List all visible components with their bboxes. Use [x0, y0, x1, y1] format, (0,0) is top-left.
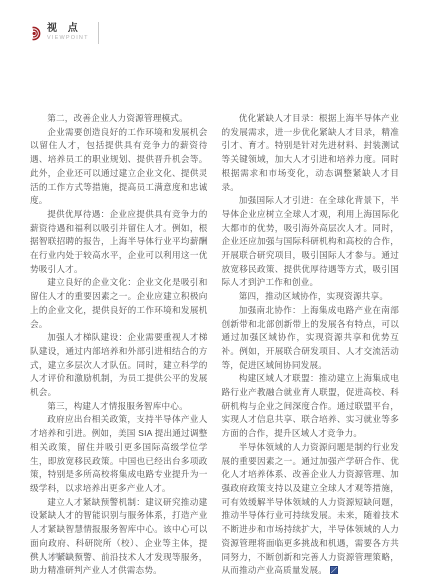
article-end-mark-icon — [330, 566, 338, 574]
paragraph: 建立良好的企业文化：企业文化是吸引和留住人才的重要因素之一。企业应建立积极向上的… — [30, 276, 208, 331]
header-divider — [98, 22, 99, 44]
paragraph: 企业需要创造良好的工作环境和发展机会以留住人才，包括提供具有竞争力的薪资待遇、培… — [30, 126, 208, 208]
paragraph: 构建区域人才联盟：推动建立上海集成电路行业产教融合就业育人联盟，促进高校、科研机… — [222, 372, 400, 441]
page-header: 视 点 VIEWPOINT — [28, 22, 99, 44]
paragraph: 政府应出台相关政策，支持半导体产业人才培养和引进。例如，美国 SIA 提出通过调… — [30, 413, 208, 495]
article-body: 第二，改善企业人力资源管理模式。 企业需要创造良好的工作环境和发展机会以留住人才… — [30, 112, 399, 578]
viewpoint-sound-wave-icon — [28, 26, 42, 41]
right-column: 优化紧缺人才目录：根据上海半导体产业的发展需求，进一步优化紧缺人才目录，精准引才… — [222, 112, 400, 578]
paragraph: 第四，推动区域协作，实现资源共享。 — [222, 290, 400, 304]
journal-name: 上海信息化 — [46, 551, 81, 560]
paragraph: 第二，改善企业人力资源管理模式。 — [30, 112, 208, 126]
brand-name-en: VIEWPOINT — [47, 36, 89, 42]
paragraph: 加强国际人才引进：在全球化背景下，半导体企业应树立全球人才观，利用上海国际化大都… — [222, 194, 400, 290]
brand-text: 视 点 VIEWPOINT — [47, 24, 89, 42]
paragraph: 提供优厚待遇：企业应提供具有竞争力的薪资待遇和福利以吸引并留住人才。例如，根据智… — [30, 208, 208, 277]
paragraph: 加强人才梯队建设：企业需要重视人才梯队建设，通过内部培养和外部引进相结合的方式，… — [30, 331, 208, 400]
footer-separator: | — [41, 552, 43, 559]
paragraph: 建立人才紧缺预警机制：建议研究推动建设紧缺人才的智能识别与服务体系，打造产业人才… — [30, 496, 208, 578]
paragraph: 优化紧缺人才目录：根据上海半导体产业的发展需求，进一步优化紧缺人才目录，精准引才… — [222, 112, 400, 194]
closing-paragraph-text: 半导体领域的人力资源问题是制约行业发展的重要因素之一。通过加强产学研合作、优化人… — [222, 442, 400, 575]
page-footer: 32 | 上海信息化 — [30, 551, 81, 560]
brand-name-cn: 视 点 — [47, 24, 89, 34]
paragraph: 第三，构建人才情报服务智库中心。 — [30, 400, 208, 414]
paragraph: 加强南北协作：上海集成电路产业在南部创新带和北部创新带上的发展各有特点，可以通过… — [222, 304, 400, 373]
left-column: 第二，改善企业人力资源管理模式。 企业需要创造良好的工作环境和发展机会以留住人才… — [30, 112, 208, 578]
closing-paragraph: 半导体领域的人力资源问题是制约行业发展的重要因素之一。通过加强产学研合作、优化人… — [222, 441, 400, 578]
page-number: 32 — [30, 552, 38, 559]
